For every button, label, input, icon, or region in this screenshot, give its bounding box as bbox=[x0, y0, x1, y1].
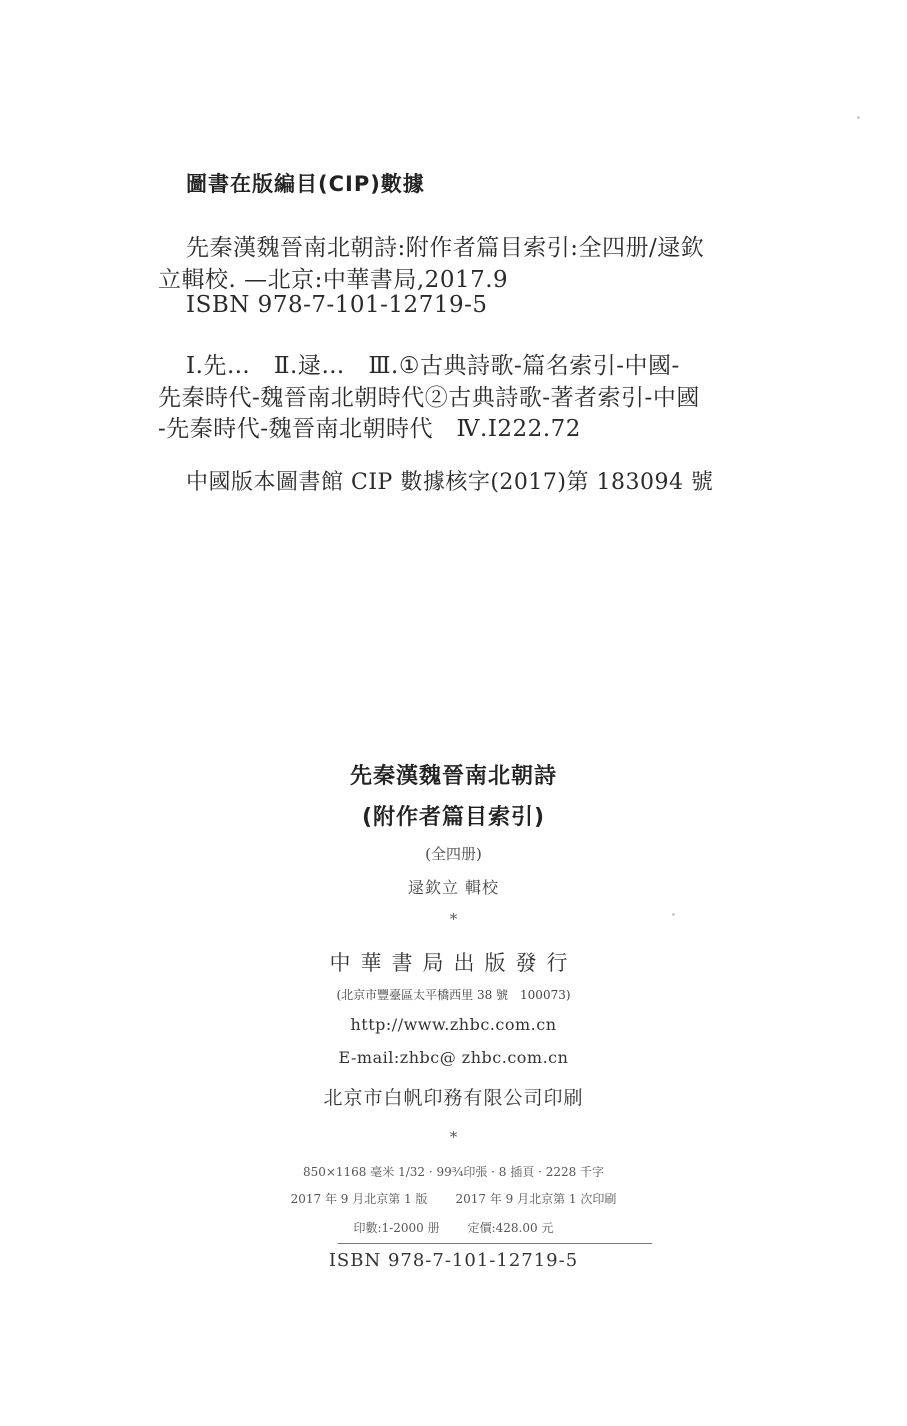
publisher-url: http://www.zhbc.com.cn bbox=[0, 1015, 907, 1034]
publisher-email: E-mail:zhbc@ zhbc.com.cn bbox=[0, 1048, 907, 1067]
isbn: ISBN 978-7-101-12719-5 bbox=[0, 1250, 907, 1271]
cip-heading: 圖書在版編目(CIP)數據 bbox=[186, 168, 425, 198]
asterisk-separator-icon: * bbox=[0, 1128, 907, 1146]
edition-date: 2017 年 9 月北京第 1 版 bbox=[291, 1192, 428, 1206]
price: 定價:428.00 元 bbox=[468, 1221, 554, 1235]
asterisk-separator-icon: * bbox=[0, 910, 907, 928]
edition-info: 2017 年 9 月北京第 1 版2017 年 9 月北京第 1 次印刷 bbox=[0, 1190, 907, 1207]
divider-rule bbox=[338, 1243, 652, 1244]
editor-credit: 逯欽立 輯校 bbox=[0, 875, 907, 898]
cip-isbn-line: ISBN 978-7-101-12719-5 bbox=[186, 292, 488, 318]
book-title: 先秦漢魏晉南北朝詩 bbox=[0, 759, 907, 790]
cip-subject-line: 先秦時代-魏晉南北朝時代②古典詩歌-著者索引-中國 bbox=[158, 379, 700, 412]
printing-date: 2017 年 9 月北京第 1 次印刷 bbox=[456, 1192, 617, 1206]
paper-speck bbox=[672, 913, 675, 916]
cip-subject-line: Ⅰ.先… Ⅱ.逯… Ⅲ.①古典詩歌-篇名索引-中國- bbox=[186, 347, 680, 380]
cip-record-line: 立輯校. —北京:中華書局,2017.9 bbox=[158, 261, 508, 294]
cip-subject-line: -先秦時代-魏晉南北朝時代 Ⅳ.I222.72 bbox=[158, 410, 581, 443]
publisher-address: (北京市豐臺區太平橋西里 38 號 100073) bbox=[0, 986, 907, 1003]
cip-approval-number: 中國版本圖書館 CIP 數據核字(2017)第 183094 號 bbox=[186, 465, 713, 496]
volume-count: (全四册) bbox=[0, 843, 907, 864]
print-run-info: 印數:1-2000 册定價:428.00 元 bbox=[0, 1219, 907, 1236]
cip-record-line: 先秦漢魏晉南北朝詩:附作者篇目索引:全四册/逯欽 bbox=[186, 229, 704, 262]
print-run: 印數:1-2000 册 bbox=[354, 1221, 440, 1235]
publisher-name: 中華書局出版發行 bbox=[0, 947, 907, 977]
paper-speck bbox=[857, 116, 860, 119]
book-subtitle: (附作者篇目索引) bbox=[0, 800, 907, 831]
printer-name: 北京市白帆印務有限公司印刷 bbox=[0, 1083, 907, 1110]
print-specification: 850×1168 毫米 1/32 · 99¾印張 · 8 插頁 · 2228 千… bbox=[0, 1163, 907, 1180]
